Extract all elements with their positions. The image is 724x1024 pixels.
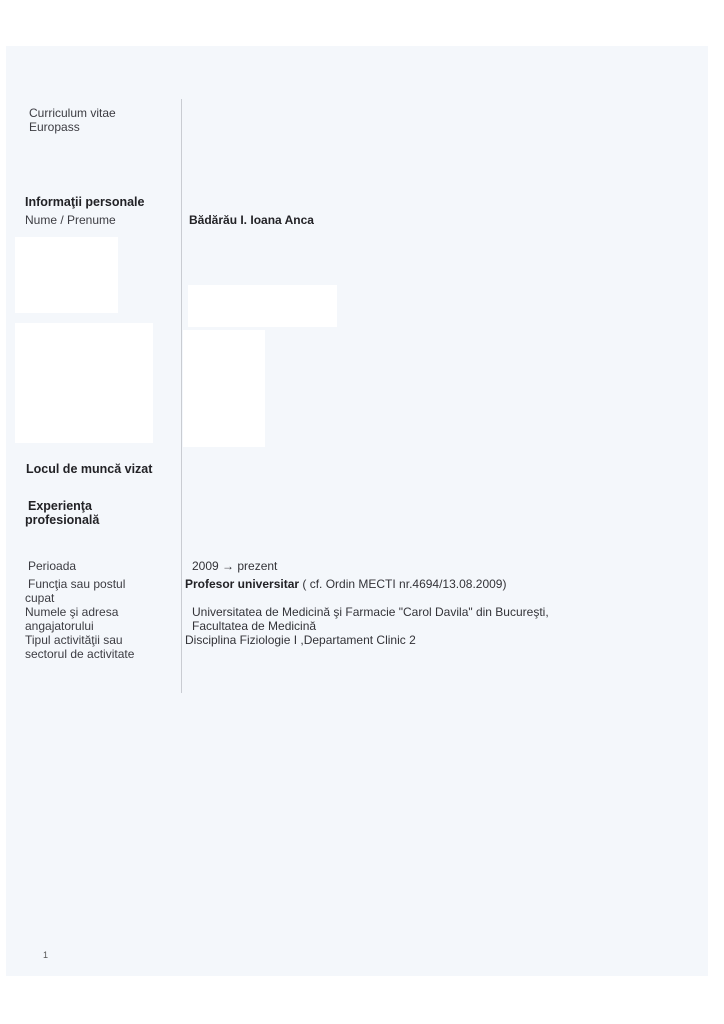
position-reference: ( cf. Ordin MECTI nr.4694/13.08.2009): [299, 577, 506, 591]
redacted-area: [183, 330, 265, 447]
redacted-area: [15, 323, 153, 443]
column-divider: [181, 99, 182, 693]
section-title-experience: Experienţa: [28, 499, 92, 513]
position-value: Profesor universitar ( cf. Ordin MECTI n…: [185, 577, 506, 591]
sector-label-cont: sectorul de activitate: [25, 647, 134, 661]
employer-label-cont: angajatorului: [25, 619, 94, 633]
scanned-page: [6, 46, 708, 976]
section-title-desired-job: Locul de muncă vizat: [26, 462, 152, 476]
period-label: Perioada: [28, 559, 76, 573]
redacted-area: [188, 285, 337, 327]
position-label: Funcţia sau postul: [28, 577, 125, 591]
page-number: 1: [43, 950, 48, 960]
sector-label: Tipul activităţii sau: [25, 633, 123, 647]
position-label-cont: cupat: [25, 591, 54, 605]
section-title-experience-cont: profesională: [25, 513, 99, 527]
document-title: Curriculum vitae: [29, 106, 116, 120]
section-title-personal-info: Informaţii personale: [25, 195, 144, 209]
name-value: Bădărău I. Ioana Anca: [189, 213, 314, 227]
sector-value: Disciplina Fiziologie I ,Departament Cli…: [185, 633, 416, 647]
redacted-area: [15, 237, 118, 313]
name-label: Nume / Prenume: [25, 213, 116, 227]
employer-value: Universitatea de Medicină şi Farmacie "C…: [192, 605, 549, 619]
position-title: Profesor universitar: [185, 577, 299, 591]
document-subtitle: Europass: [29, 120, 80, 134]
period-value: 2009 → prezent: [192, 559, 277, 573]
employer-value-cont: Facultatea de Medicină: [192, 619, 316, 633]
employer-label: Numele şi adresa: [25, 605, 118, 619]
